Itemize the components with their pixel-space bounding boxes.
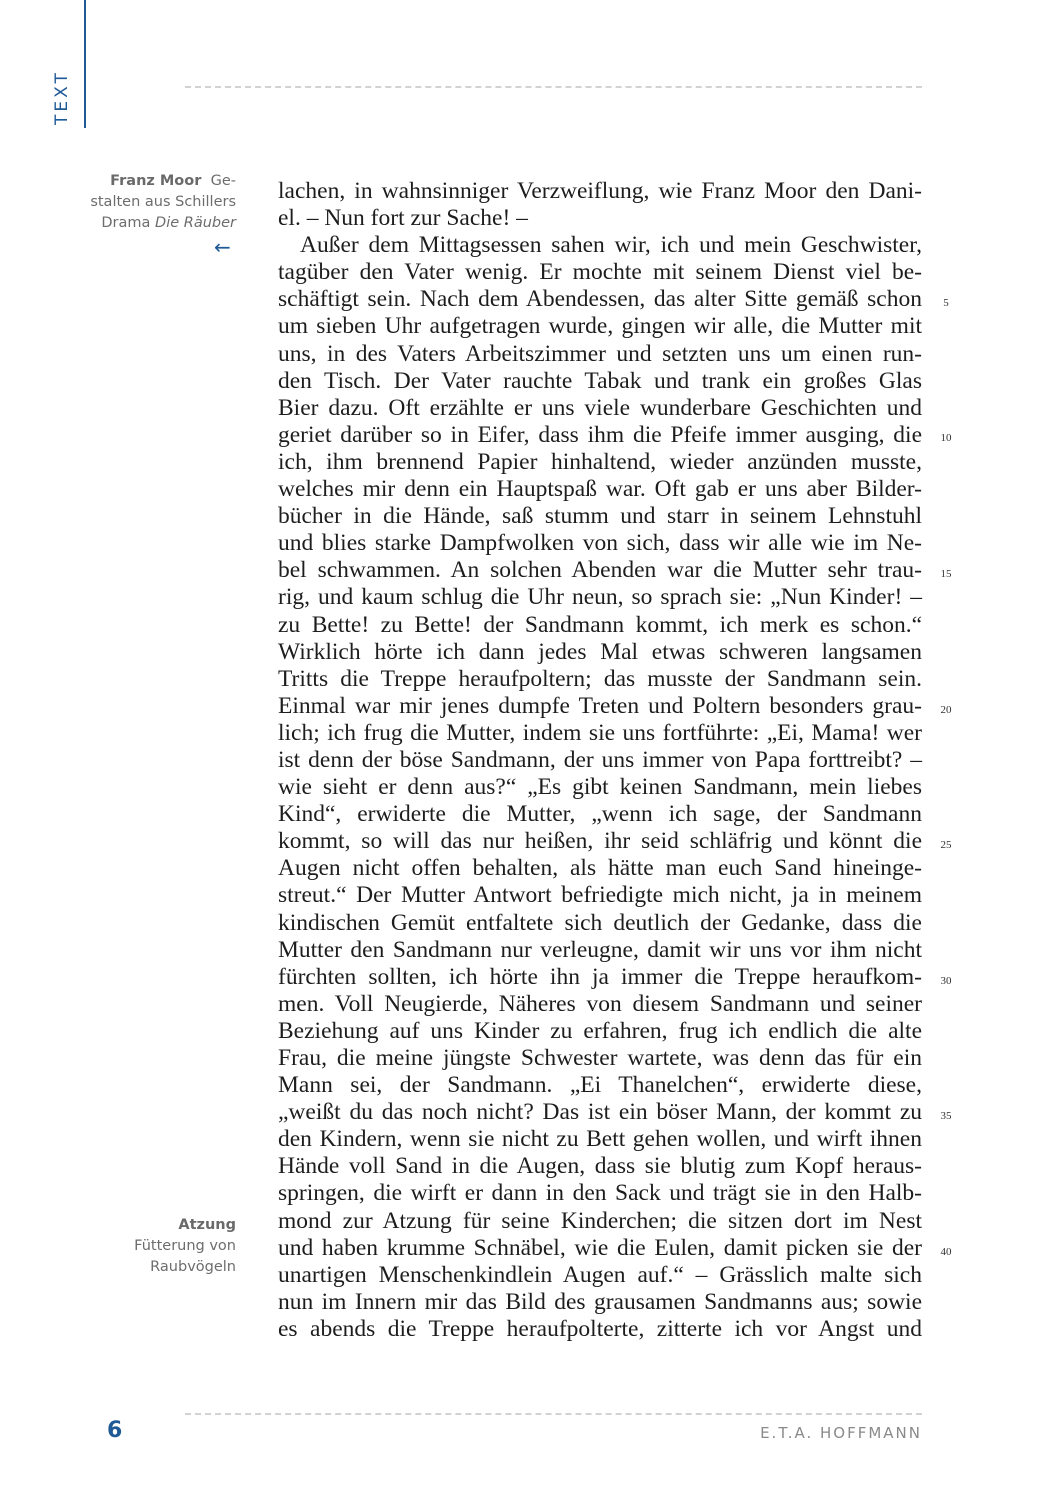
text-line: ist denn der böse Sandmann, der uns imme…	[278, 747, 922, 774]
text-line: kindischen Gemüt entfaltete sich deutlic…	[278, 910, 922, 937]
margin-note-term: Atzung	[178, 1217, 236, 1233]
line-number: 30	[936, 975, 956, 987]
text-line: tagüber den Vater wenig. Er mochte mit s…	[278, 259, 922, 286]
text-line: uns, in des Vaters Arbeitszimmer und set…	[278, 341, 922, 368]
text-line: und haben krumme Schnäbel, wie die Eulen…	[278, 1235, 922, 1262]
text-line: Bier dazu. Oft erzählte er uns viele wun…	[278, 395, 922, 422]
margin-note-text: Ge-	[211, 173, 236, 189]
margin-note-text: stalten aus Schillers	[90, 194, 236, 210]
text-line: zu Bette! zu Bette! der Sandmann kommt, …	[278, 612, 922, 639]
margin-note-atzung: Atzung Fütterung von Raubvögeln	[66, 1215, 236, 1278]
text-line: Kind“, erwiderte die Mutter, „wenn ich s…	[278, 801, 922, 828]
margin-note-text: Fütterung von	[134, 1238, 236, 1254]
margin-note-franz-moor: Franz Moor Ge- stalten aus Schillers Dra…	[66, 171, 236, 234]
text-line: Hände voll Sand in die Augen, dass sie b…	[278, 1153, 922, 1180]
text-line: bel schwammen. An solchen Abenden war di…	[278, 557, 922, 584]
line-number: 5	[936, 297, 956, 309]
line-number: 25	[936, 839, 956, 851]
text-line: ich, ihm brennend Papier hinhaltend, wie…	[278, 449, 922, 476]
text-line: lich; ich frug die Mutter, indem sie uns…	[278, 720, 922, 747]
text-line: Außer dem Mittagsessen sahen wir, ich un…	[278, 232, 922, 259]
text-line: und blies starke Dampfwolken von sich, d…	[278, 530, 922, 557]
text-line: rig, und kaum schlug die Uhr neun, so sp…	[278, 584, 922, 611]
text-line: Beziehung auf uns Kinder zu erfahren, fr…	[278, 1018, 922, 1045]
text-line: streut.“ Der Mutter Antwort befriedigte …	[278, 882, 922, 909]
text-line: wie sieht er denn aus?“ „Es gibt keinen …	[278, 774, 922, 801]
text-line: geriet darüber so in Eifer, dass ihm die…	[278, 422, 922, 449]
text-line: Augen nicht offen behalten, als hätte ma…	[278, 855, 922, 882]
section-label: TEXT	[46, 68, 78, 128]
line-number: 35	[936, 1110, 956, 1122]
page-number: 6	[107, 1418, 122, 1443]
running-title: E.T.A. HOFFMANN	[760, 1424, 922, 1442]
arrow-left-icon: ←	[214, 234, 231, 260]
bottom-dashed-rule	[185, 1413, 922, 1415]
text-line: kommt, so will das nur heißen, ihr seid …	[278, 828, 922, 855]
margin-note-term: Franz Moor	[110, 173, 201, 189]
text-line: el. – Nun fort zur Sache! –	[278, 205, 922, 232]
line-number: 20	[936, 704, 956, 716]
text-line: Wirklich hörte ich dann jedes Mal etwas …	[278, 639, 922, 666]
text-line: springen, die wirft er dann in den Sack …	[278, 1180, 922, 1207]
line-number: 10	[936, 432, 956, 444]
text-line: schäftigt sein. Nach dem Abendessen, das…	[278, 286, 922, 313]
text-line: Mutter den Sandmann nur verleugne, damit…	[278, 937, 922, 964]
text-line: „weißt du das noch nicht? Das ist ein bö…	[278, 1099, 922, 1126]
margin-note-italic: Die Räuber	[155, 215, 236, 231]
text-line: men. Voll Neugierde, Näheres von diesem …	[278, 991, 922, 1018]
body-text: lachen, in wahnsinniger Verzweiflung, wi…	[278, 178, 922, 1343]
section-tab-line	[84, 0, 86, 128]
text-line: den Tisch. Der Vater rauchte Tabak und t…	[278, 368, 922, 395]
text-line: fürchten sollten, ich hörte ihn ja immer…	[278, 964, 922, 991]
text-line: Einmal war mir jenes dumpfe Treten und P…	[278, 693, 922, 720]
text-line: welches mir denn ein Hauptspaß war. Oft …	[278, 476, 922, 503]
margin-note-text: Drama	[101, 215, 150, 231]
text-line: Frau, die meine jüngste Schwester wartet…	[278, 1045, 922, 1072]
line-number: 40	[936, 1246, 956, 1258]
text-line: Mann sei, der Sandmann. „Ei Thanelchen“,…	[278, 1072, 922, 1099]
line-number: 15	[936, 568, 956, 580]
text-line: nun im Innern mir das Bild des grausamen…	[278, 1289, 922, 1316]
text-line: um sieben Uhr aufgetragen wurde, gingen …	[278, 313, 922, 340]
text-line: den Kindern, wenn sie nicht zu Bett gehe…	[278, 1126, 922, 1153]
top-dashed-rule	[185, 86, 922, 88]
text-line: lachen, in wahnsinniger Verzweiflung, wi…	[278, 178, 922, 205]
text-line: bücher in die Hände, saß stumm und starr…	[278, 503, 922, 530]
text-line: unartigen Menschenkindlein Augen auf.“ –…	[278, 1262, 922, 1289]
text-line: Tritts die Treppe heraufpoltern; das mus…	[278, 666, 922, 693]
margin-note-text: Raubvögeln	[150, 1259, 236, 1275]
text-line: mond zur Atzung für seine Kinderchen; di…	[278, 1208, 922, 1235]
text-line: es abends die Treppe heraufpolterte, zit…	[278, 1316, 922, 1343]
